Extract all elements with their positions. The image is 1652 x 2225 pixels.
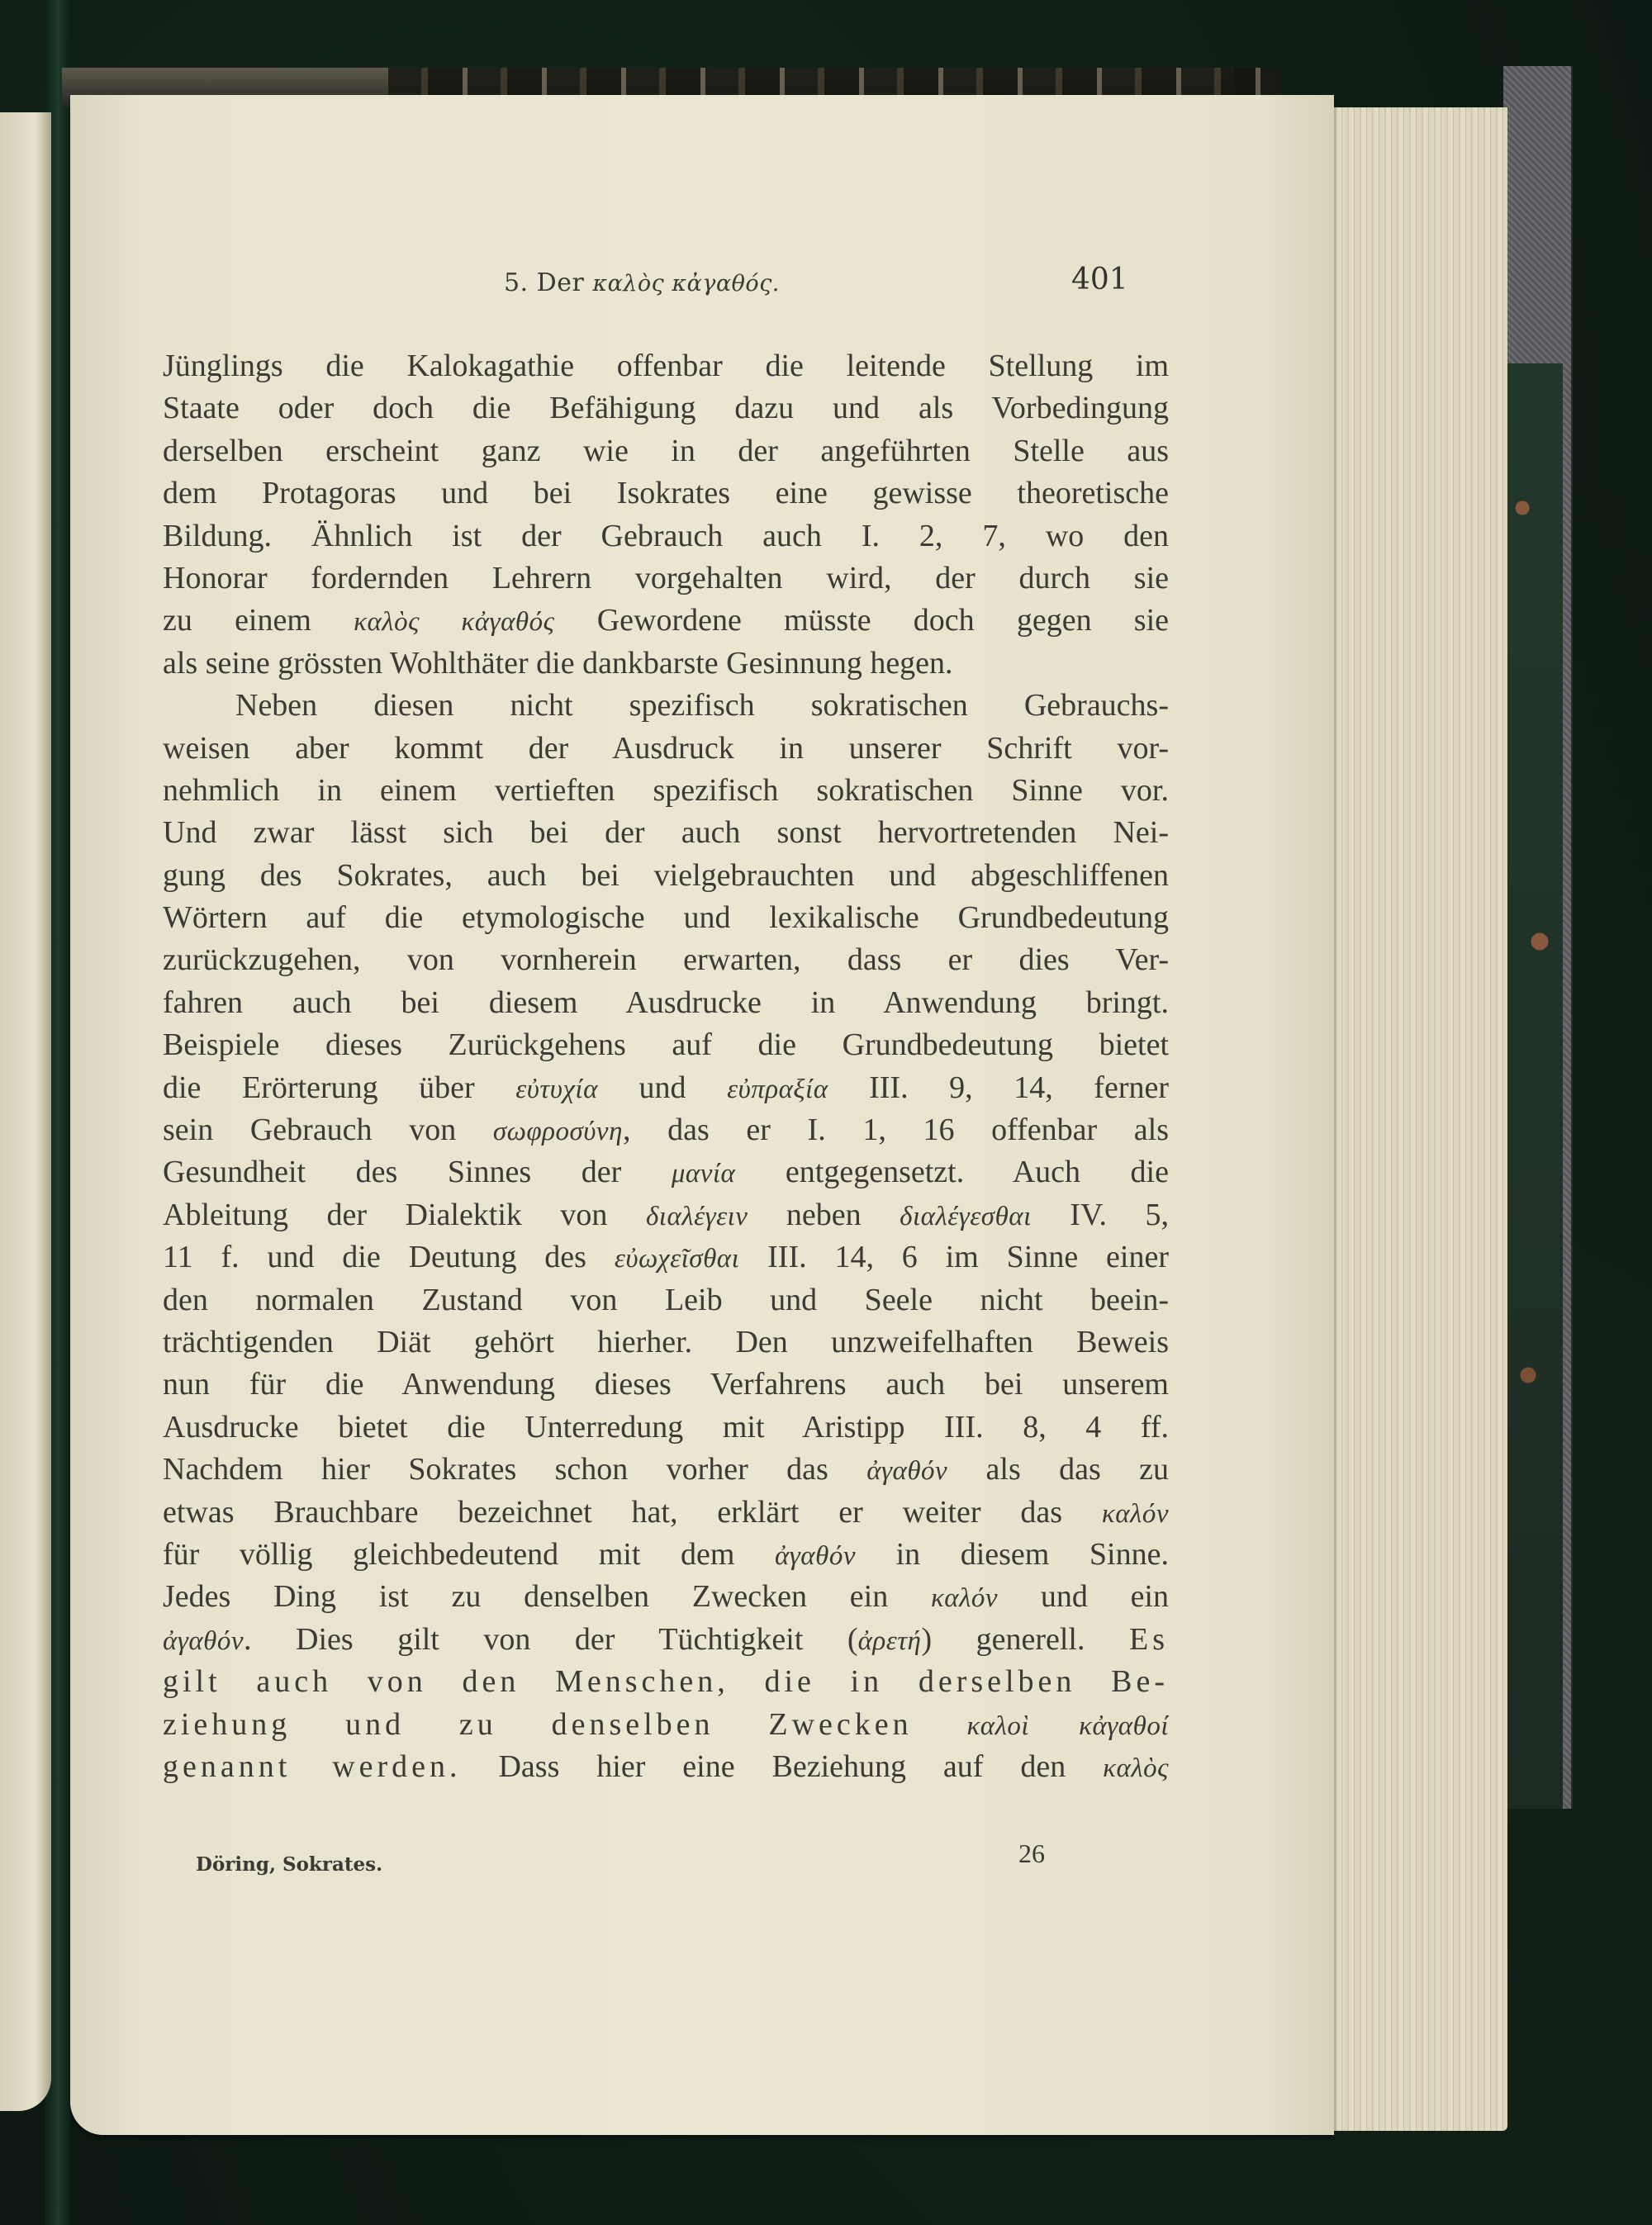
- text-line: Ableitung der Dialektik von διαλέγειν ne…: [163, 1194, 1169, 1236]
- text-line: nun für die Anwendung dieses Verfahrens …: [163, 1364, 1169, 1406]
- text-run: nun für die Anwendung dieses Verfahrens …: [163, 1367, 1169, 1402]
- text-run: sein Gebrauch von: [163, 1112, 493, 1147]
- text-line: trächtigenden Diät gehört hierher. Den u…: [163, 1321, 1169, 1364]
- text-run: ) generell.: [921, 1622, 1129, 1657]
- text-line: dem Protagoras und bei Isokrates eine ge…: [163, 472, 1169, 515]
- text-line: ἀγαθόν. Dies gilt von der Tüchtigkeit (ἀ…: [163, 1619, 1169, 1661]
- text-line: den normalen Zustand von Leib und Seele …: [163, 1279, 1169, 1321]
- text-run: IV. 5,: [1032, 1198, 1169, 1232]
- section-label: 5. Der: [504, 268, 584, 297]
- text-run: den normalen Zustand von Leib und Seele …: [163, 1283, 1169, 1317]
- text-run: entgegensetzt. Auch die: [735, 1155, 1169, 1189]
- text-line: Bildung. Ähnlich ist der Gebrauch auch I…: [163, 515, 1169, 557]
- greek-term: καλόν: [931, 1583, 998, 1613]
- greek-term: καλὸς: [1103, 1753, 1169, 1783]
- text-run: neben: [748, 1198, 900, 1232]
- emphasized-text: gilt auch von den Menschen, die in derse…: [163, 1664, 1169, 1699]
- text-run: Jedes Ding ist zu denselben Zwecken ein: [163, 1579, 931, 1614]
- text-run: für völlig gleichbedeutend mit dem: [163, 1537, 775, 1572]
- body-text: Jünglings die Kalokagathie offenbar die …: [163, 345, 1169, 1788]
- text-line: derselben erscheint ganz wie in der ange…: [163, 430, 1169, 472]
- text-run: Nachdem hier Sokrates schon vorher das: [163, 1452, 866, 1487]
- text-run: zu einem: [163, 603, 354, 638]
- text-line: Ausdrucke bietet die Unterredung mit Ari…: [163, 1407, 1169, 1449]
- text-run: Dass hier eine Beziehung auf den: [462, 1749, 1104, 1784]
- greek-term: ἀρετή: [858, 1626, 922, 1656]
- text-line: etwas Brauchbare bezeichnet hat, erklärt…: [163, 1492, 1169, 1534]
- text-run: und ein: [998, 1579, 1169, 1614]
- emphasized-text: genannt werden.: [163, 1749, 462, 1784]
- greek-term: ἀγαθόν: [866, 1456, 947, 1486]
- text-run: weisen aber kommt der Ausdruck in unsere…: [163, 731, 1169, 766]
- text-run: Bildung. Ähnlich ist der Gebrauch auch I…: [163, 519, 1169, 553]
- footer-signature: Döring, Sokrates.: [196, 1853, 382, 1876]
- text-line: Wörtern auf die etymologische und lexika…: [163, 897, 1169, 939]
- emphasized-text: Es: [1129, 1622, 1169, 1657]
- signature-number: 26: [1018, 1838, 1045, 1869]
- text-run: nehmlich in einem vertieften spezifisch …: [163, 773, 1169, 808]
- greek-term: εὐωχεῖσθαι: [615, 1244, 739, 1274]
- text-line: für völlig gleichbedeutend mit dem ἀγαθό…: [163, 1534, 1169, 1576]
- page-number: 401: [1071, 263, 1128, 297]
- text-run: III. 14, 6 im Sinne einer: [739, 1240, 1169, 1274]
- text-line: als seine grössten Wohlthäter die dankba…: [163, 643, 1169, 685]
- text-run: in diesem Sinne.: [856, 1537, 1169, 1572]
- text-run: als das zu: [947, 1452, 1169, 1487]
- text-line: Honorar fordernden Lehrern vorgehalten w…: [163, 557, 1169, 600]
- text-run: III. 9, 14, ferner: [828, 1070, 1169, 1105]
- greek-term: διαλέγειν: [646, 1202, 748, 1231]
- text-run: gung des Sokrates, auch bei vielgebrauch…: [163, 858, 1169, 893]
- greek-term: καλὸς κἀγαθός: [354, 607, 554, 637]
- text-line: zurückzugehen, von vornherein erwarten, …: [163, 939, 1169, 981]
- text-line: Neben diesen nicht spezifisch sokratisch…: [163, 685, 1169, 727]
- greek-term: διαλέγεσθαι: [900, 1202, 1032, 1231]
- text-run: Jünglings die Kalokagathie offenbar die …: [163, 349, 1169, 383]
- greek-section-title: καλὸς κἀγαθός.: [592, 271, 780, 297]
- text-run: derselben erscheint ganz wie in der ange…: [163, 434, 1169, 468]
- text-run: als seine grössten Wohlthäter die dankba…: [163, 646, 953, 681]
- text-run: Wörtern auf die etymologische und lexika…: [163, 900, 1169, 935]
- text-run: Beispiele dieses Zurückgehens auf die Gr…: [163, 1027, 1169, 1062]
- text-line: Jedes Ding ist zu denselben Zwecken ein …: [163, 1576, 1169, 1618]
- text-run: Und zwar lässt sich bei der auch sonst h…: [163, 815, 1169, 850]
- text-line: zu einem καλὸς κἀγαθός Gewordene müsste …: [163, 600, 1169, 642]
- text-run: Ausdrucke bietet die Unterredung mit Ari…: [163, 1410, 1169, 1445]
- page-block-edge: [1330, 107, 1507, 2131]
- text-run: Gesundheit des Sinnes der: [163, 1155, 672, 1189]
- text-line: gung des Sokrates, auch bei vielgebrauch…: [163, 855, 1169, 897]
- text-line: gilt auch von den Menschen, die in derse…: [163, 1661, 1169, 1703]
- text-run: fahren auch bei diesem Ausdrucke in Anwe…: [163, 985, 1169, 1020]
- text-run: Gewordene müsste doch gegen sie: [555, 603, 1170, 638]
- running-header: 5. Der καλὸς κἀγαθός.: [504, 268, 780, 297]
- text-line: fahren auch bei diesem Ausdrucke in Anwe…: [163, 982, 1169, 1024]
- text-line: genannt werden. Dass hier eine Beziehung…: [163, 1746, 1169, 1788]
- text-run: Honorar fordernden Lehrern vorgehalten w…: [163, 561, 1169, 595]
- text-run: , das er I. 1, 16 offenbar als: [623, 1112, 1169, 1147]
- text-run: etwas Brauchbare bezeichnet hat, erklärt…: [163, 1495, 1102, 1530]
- emphasized-text: ziehung und zu denselben Zwecken: [163, 1707, 966, 1742]
- greek-term: ἀγαθόν: [775, 1541, 856, 1571]
- greek-term: καλόν: [1102, 1499, 1169, 1529]
- greek-term: ἀγαθόν: [163, 1626, 244, 1656]
- facing-page-edge: [0, 112, 51, 2111]
- text-run: trächtigenden Diät gehört hierher. Den u…: [163, 1325, 1169, 1359]
- marbled-endpaper: [1505, 363, 1563, 1809]
- text-line: 11 f. und die Deutung des εὐωχεῖσθαι III…: [163, 1236, 1169, 1279]
- text-run: die Erörterung über: [163, 1070, 515, 1105]
- greek-term: μανία: [672, 1159, 736, 1188]
- text-line: die Erörterung über εὐτυχία und εὐπραξία…: [163, 1067, 1169, 1109]
- text-run: Ableitung der Dialektik von: [163, 1198, 646, 1232]
- greek-term: εὐτυχία: [515, 1075, 598, 1104]
- text-line: ziehung und zu denselben Zwecken καλοὶ κ…: [163, 1704, 1169, 1746]
- text-line: sein Gebrauch von σωφροσύνη, das er I. 1…: [163, 1109, 1169, 1151]
- text-line: weisen aber kommt der Ausdruck in unsere…: [163, 728, 1169, 770]
- greek-term: καλοὶ κἀγαθοί: [966, 1711, 1169, 1741]
- text-run: und: [598, 1070, 727, 1105]
- text-run: . Dies gilt von der Tüchtigkeit (: [244, 1622, 858, 1657]
- text-line: Jünglings die Kalokagathie offenbar die …: [163, 345, 1169, 387]
- text-line: Staate oder doch die Befähigung dazu und…: [163, 387, 1169, 429]
- text-run: Neben diesen nicht spezifisch sokratisch…: [235, 688, 1169, 723]
- text-run: Staate oder doch die Befähigung dazu und…: [163, 391, 1169, 425]
- text-run: 11 f. und die Deutung des: [163, 1240, 615, 1274]
- text-line: Beispiele dieses Zurückgehens auf die Gr…: [163, 1024, 1169, 1066]
- text-run: dem Protagoras und bei Isokrates eine ge…: [163, 476, 1169, 510]
- greek-term: εὐπραξία: [727, 1075, 828, 1104]
- text-line: Nachdem hier Sokrates schon vorher das ἀ…: [163, 1449, 1169, 1491]
- text-run: zurückzugehen, von vornherein erwarten, …: [163, 942, 1169, 977]
- text-line: nehmlich in einem vertieften spezifisch …: [163, 770, 1169, 812]
- text-line: Gesundheit des Sinnes der μανία entgegen…: [163, 1151, 1169, 1193]
- text-line: Und zwar lässt sich bei der auch sonst h…: [163, 812, 1169, 854]
- greek-term: σωφροσύνη: [493, 1117, 623, 1146]
